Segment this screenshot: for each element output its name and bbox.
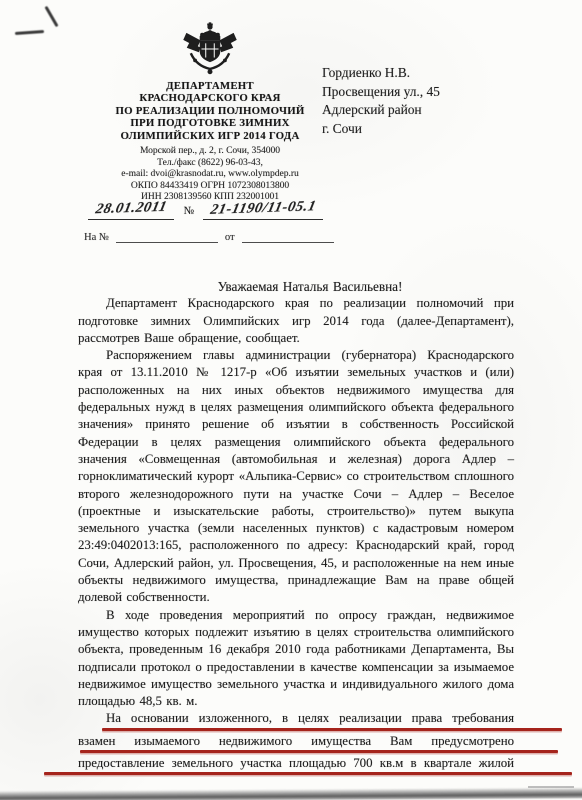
handwritten-number: 21-1190/11-05.1 [209, 198, 318, 219]
outgoing-reference-row: 28.01.2011 № 21-1190/11-05.1 [88, 199, 323, 220]
highlighted-text: На основании изложенного, в целях реализ… [106, 711, 514, 725]
reply-number-blank [116, 231, 218, 243]
recipient-city: г. Сочи [322, 120, 440, 139]
letterhead-org-name: ДЕПАРТАМЕНТ КРАСНОДАРСКОГО КРАЯ ПО РЕАЛИ… [58, 80, 362, 142]
outgoing-number-field: 21-1190/11-05.1 [203, 199, 323, 220]
recipient-address: Гордиенко Н.В. Просвещения ул., 45 Адлер… [322, 64, 440, 138]
reply-date-label: от [225, 232, 235, 243]
salutation: Уважаемая Наталья Васильевна! [78, 278, 514, 295]
scan-mark-horizontal [15, 30, 44, 35]
scanned-letter-page: ДЕПАРТАМЕНТ КРАСНОДАРСКОГО КРАЯ ПО РЕАЛИ… [0, 0, 582, 800]
paragraph-decree: Распоряжением главы администрации (губер… [78, 347, 514, 606]
org-line: ОЛИМПИЙСКИХ ИГР 2014 ГОДА [58, 130, 362, 142]
recipient-name: Гордиенко Н.В. [322, 64, 440, 83]
highlighted-line: предоставление земельного участка площад… [78, 755, 514, 772]
org-line: ПО РЕАЛИЗАЦИИ ПОЛНОМОЧИЙ [58, 105, 362, 117]
coat-of-arms-icon [178, 22, 242, 76]
red-underline-mark [102, 728, 562, 731]
red-underline-mark [44, 772, 572, 775]
highlighted-line: взамен изымаемого недвижимого имущества … [78, 733, 514, 750]
letterhead-contact-info: Морской пер., д. 2, г. Сочи, 354000 Тел.… [58, 146, 362, 204]
scan-page-edge [0, 787, 582, 800]
red-underline-mark [80, 750, 558, 753]
org-line: ПРИ ПОДГОТОВКЕ ЗИМНИХ [58, 117, 362, 129]
org-line: КРАСНОДАРСКОГО КРАЯ [58, 92, 362, 104]
org-line: ДЕПАРТАМЕНТ [58, 80, 362, 92]
letter-body: Уважаемая Наталья Васильевна! Департамен… [78, 278, 514, 777]
scan-mark-diagonal [44, 6, 58, 27]
reply-reference-row: На № от [84, 231, 334, 243]
recipient-district: Адлерский район [322, 101, 440, 120]
reply-number-label: На № [84, 232, 109, 243]
contact-line: e-mail: dvoi@krasnodat.ru, www.olympdep.… [58, 169, 362, 181]
paragraph-survey: В ходе проведения мероприятий по опросу … [78, 607, 514, 711]
contact-line: ОКПО 84433419 ОГРН 1072308013800 [58, 181, 362, 193]
recipient-street: Просвещения ул., 45 [322, 83, 440, 102]
paragraph-intro: Департамент Краснодарского края по реали… [78, 295, 514, 347]
highlighted-text: предоставление земельного участка площад… [78, 756, 514, 770]
highlighted-text: взамен изымаемого недвижимого имущества … [78, 734, 514, 748]
contact-line: Тел./факс (8622) 96-03-43, [58, 158, 362, 170]
contact-line: Морской пер., д. 2, г. Сочи, 354000 [58, 146, 362, 158]
highlighted-line: На основании изложенного, в целях реализ… [78, 710, 514, 727]
number-sign: № [183, 205, 194, 220]
reply-date-blank [242, 231, 334, 243]
handwritten-date: 28.01.2011 [94, 199, 169, 218]
outgoing-date-field: 28.01.2011 [88, 199, 174, 220]
